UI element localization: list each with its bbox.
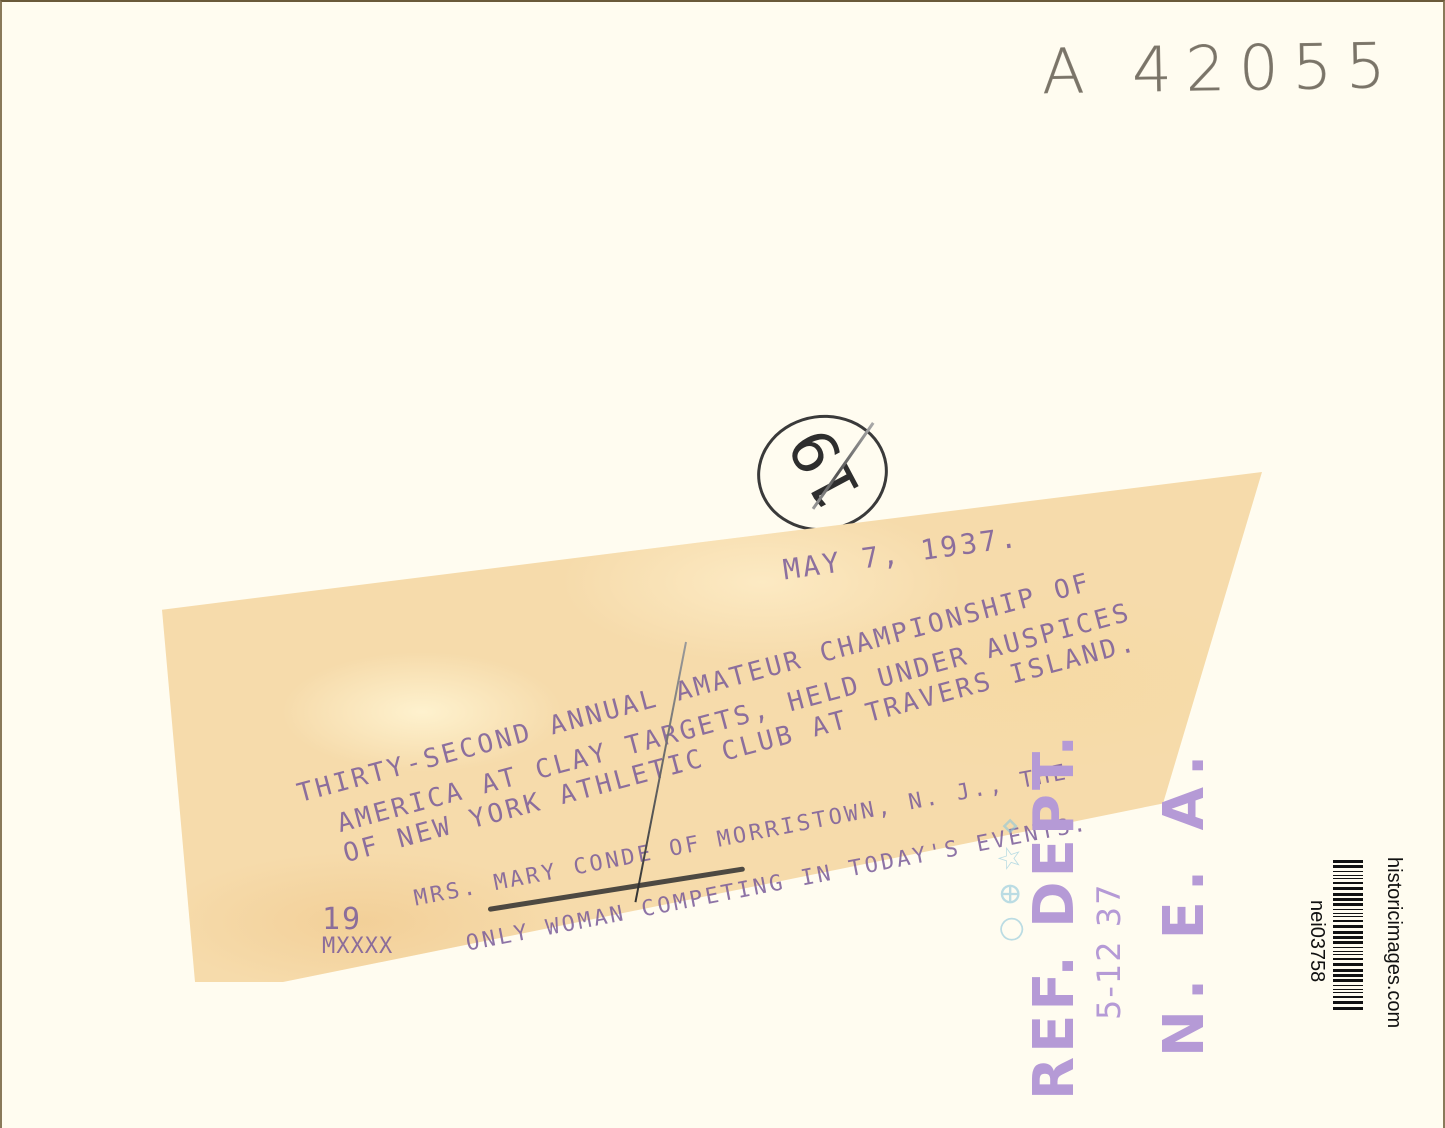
caption-code-number: 19 (322, 902, 362, 937)
barcode-item-id: nei03758 (1305, 900, 1328, 982)
circled-number: 19 (774, 416, 875, 520)
agency-stamp: N. E. A. (1152, 745, 1217, 1057)
archive-number: A 42055 (1041, 29, 1400, 108)
photo-back: A 42055 19 MAY 7, 1937. THIRTY-SECOND AN… (0, 0, 1445, 1128)
barcode-icon (1333, 860, 1363, 1025)
caption-code-line: MXXXX (322, 934, 393, 959)
circled-number-mark: 19 (750, 406, 896, 539)
ref-date-stamp: 5-12 37 (1090, 882, 1128, 1020)
ref-dept-stamp: REF. DEPT. (1022, 731, 1087, 1100)
barcode-website: historicimages.com (1382, 857, 1405, 1028)
barcode-label: historicimages.com nei03758 (1327, 855, 1407, 1030)
